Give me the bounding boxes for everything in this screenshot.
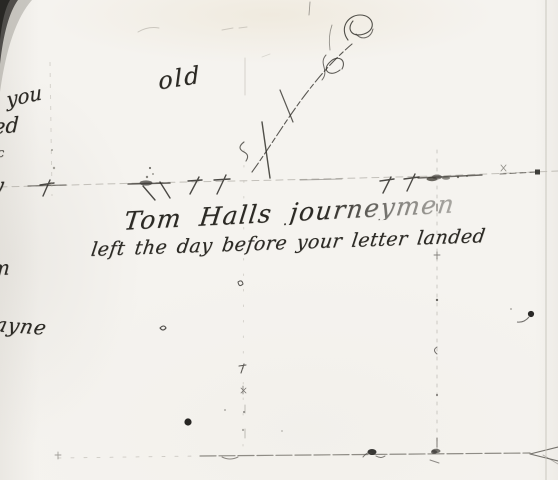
pen-scribble-diagonal [240,2,373,178]
page-corner-shadow [0,0,32,92]
ink-blot-left [184,418,191,425]
margin-fragment-m: m [0,257,11,278]
margin-fragment-ed: ed [0,115,19,139]
margin-fragment-ayne: ayne [0,314,49,337]
ink-mark-right [510,308,534,322]
letter-scan-page: old Tom Halls journeymen left the day be… [0,0,558,480]
annotation-old: old [158,63,202,94]
faint-top-marks [138,27,270,57]
fold-line-horizontal-lower [55,405,558,464]
fold-line-horizontal-upper [0,165,558,187]
margin-fragment-c: c [0,147,4,160]
fold-line-vertical-left [50,62,55,196]
